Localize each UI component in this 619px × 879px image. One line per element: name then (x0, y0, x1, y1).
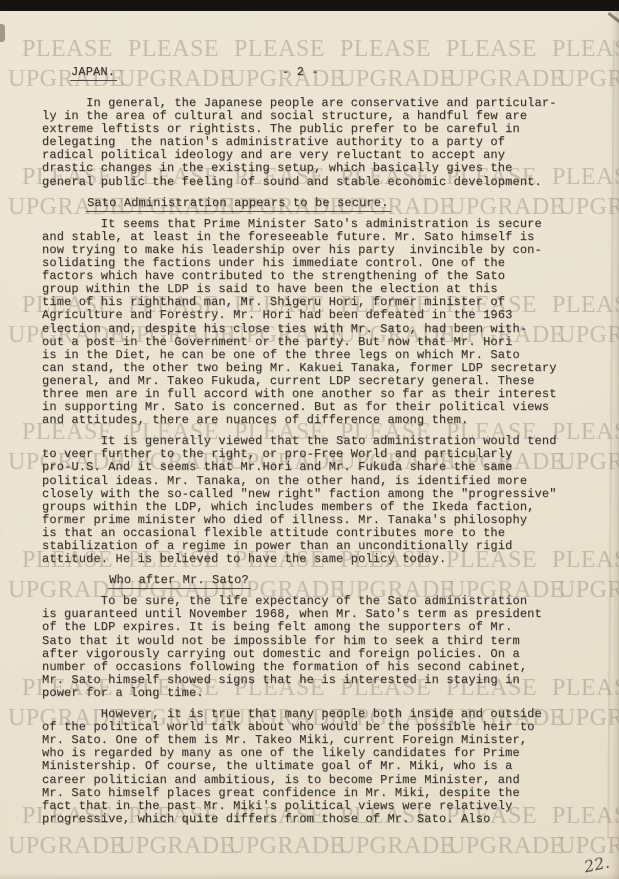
text-line: progressive, which quite differs from th… (42, 813, 603, 826)
document-body: In general, the Japanese people are cons… (42, 97, 603, 826)
scan-mark (608, 12, 619, 23)
text-line: Agriculture and Forestry. Mr. Hori had b… (42, 309, 603, 322)
paragraph: However, it is true that many people bot… (42, 708, 603, 826)
text-line: career politician and ambitious, is to b… (42, 774, 603, 787)
paragraph: It seems that Prime Minister Sato's admi… (42, 218, 603, 428)
watermark-word: PLEASE (552, 36, 619, 63)
text-line: general public the feeling of sound and … (42, 176, 603, 189)
paper-crease (607, 40, 615, 839)
text-line: election and, despite his close ties wit… (42, 323, 603, 336)
scanned-document-page: PLEASEPLEASEPLEASEPLEASEPLEASEPLEASEUPGR… (0, 0, 619, 879)
handwritten-note: 22. (582, 853, 611, 877)
paragraph: To be sure, the life expectancy of the S… (42, 595, 603, 700)
section-heading-text: Sato Administration appears to be secure… (86, 196, 390, 212)
text-line: of the LDP expires. It is being felt amo… (42, 621, 603, 634)
watermark-word: UPGRADE (228, 833, 345, 860)
text-line: Mr. Sato himself places great confidence… (42, 787, 603, 800)
watermark-word: PLEASE (22, 36, 113, 63)
page-header: JAPAN. - 2 - (42, 66, 603, 79)
text-line: number of occasions following the format… (42, 661, 603, 674)
text-line: drastic changes in the existing setup, w… (42, 162, 603, 175)
section-heading: Sato Administration appears to be secure… (42, 197, 603, 210)
watermark-word: UPGRADE (8, 833, 125, 860)
page-number: - 2 - (282, 66, 319, 79)
section-heading-text: Who after Mr. Sato? (108, 573, 251, 589)
text-line: Ministership. Of course, the ultimate go… (42, 760, 603, 773)
text-line: after vigorously carrying out domestic a… (42, 648, 603, 661)
text-line: and stable, at least in the foreseeable … (42, 231, 603, 244)
text-line: fact that in the past Mr. Miki's politic… (42, 800, 603, 813)
text-line: It seems that Prime Minister Sato's admi… (42, 218, 603, 231)
document-content: JAPAN. - 2 - In general, the Japanese pe… (42, 66, 603, 834)
text-line: attitude. He is believed to have the sam… (42, 553, 603, 566)
text-line: Mr. Sato himself showed signs that he is… (42, 674, 603, 687)
text-line: out a post in the Government or the part… (42, 336, 603, 349)
text-line: power for a long time. (42, 687, 603, 700)
watermark-word: PLEASE (340, 36, 431, 63)
text-line: Sato that it would not be impossible for… (42, 635, 603, 648)
paragraph: It is generally viewed that the Sato adm… (42, 435, 603, 566)
text-line: can stand, the other two being Mr. Kakue… (42, 362, 603, 375)
watermark-word: UPGRADE (448, 833, 565, 860)
paragraph: In general, the Japanese people are cons… (42, 97, 603, 189)
text-line: pro-U.S. And it seems that Mr.Hori and M… (42, 461, 603, 474)
watermark-word: PLEASE (446, 36, 537, 63)
watermark-word: UPGRADE (118, 833, 235, 860)
scan-edge-bar (0, 0, 619, 11)
watermark-word: UPGRADE (338, 833, 455, 860)
text-line: closely with the so-called "new right" f… (42, 488, 603, 501)
scan-smudge (0, 24, 5, 42)
section-heading: Who after Mr. Sato? (42, 574, 603, 587)
text-line: and attitudes, there are nuances of diff… (42, 414, 603, 427)
watermark-word: PLEASE (234, 36, 325, 63)
document-title: JAPAN. (70, 65, 117, 81)
text-line: general, and Mr. Takeo Fukuda, current L… (42, 375, 603, 388)
watermark-word: PLEASE (128, 36, 219, 63)
text-line: political ideas. Mr. Tanaka, on the othe… (42, 475, 603, 488)
text-line: is in the Diet, he can be one of the thr… (42, 349, 603, 362)
text-line: groups within the LDP, which includes me… (42, 501, 603, 514)
text-line: former prime minister who died of illnes… (42, 514, 603, 527)
